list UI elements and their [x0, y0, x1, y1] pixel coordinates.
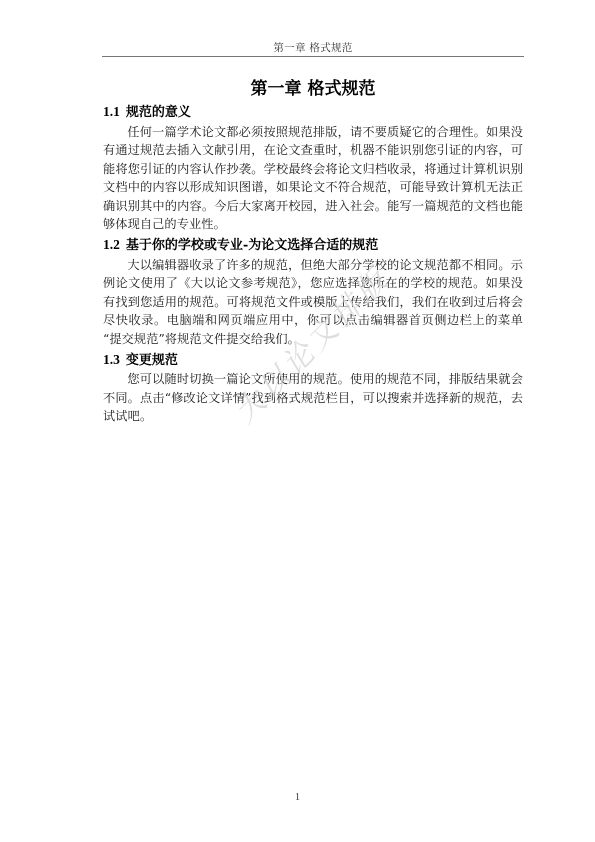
running-header: 第一章 格式规范	[102, 40, 524, 55]
section-title: 基于你的学校或专业-为论文选择合适的规范	[126, 238, 378, 253]
chapter-title: 第一章 格式规范	[102, 74, 524, 99]
section-title: 变更规范	[126, 353, 178, 368]
section-number: 1.3	[103, 352, 120, 367]
section-paragraph: 任何一篇学术论文都必须按照规范排版，请不要质疑它的合理性。如果没有通过规范去插入…	[103, 123, 523, 235]
section-heading-1-1: 1.1规范的意义	[103, 103, 523, 123]
document-page: 第一章 格式规范 第一章 格式规范 1.1规范的意义 任何一篇学术论文都必须按照…	[0, 0, 595, 842]
header-rule	[102, 56, 524, 57]
section-heading-1-2: 1.2基于你的学校或专业-为论文选择合适的规范	[103, 236, 523, 256]
section-number: 1.2	[103, 237, 120, 252]
section-number: 1.1	[103, 104, 120, 119]
section-title: 规范的意义	[126, 105, 191, 120]
section-paragraph: 您可以随时切换一篇论文所使用的规范。使用的规范不同，排版结果就会不同。点击“修改…	[103, 370, 523, 426]
page-number: 1	[0, 792, 595, 803]
document-body: 1.1规范的意义 任何一篇学术论文都必须按照规范排版，请不要质疑它的合理性。如果…	[103, 103, 523, 428]
